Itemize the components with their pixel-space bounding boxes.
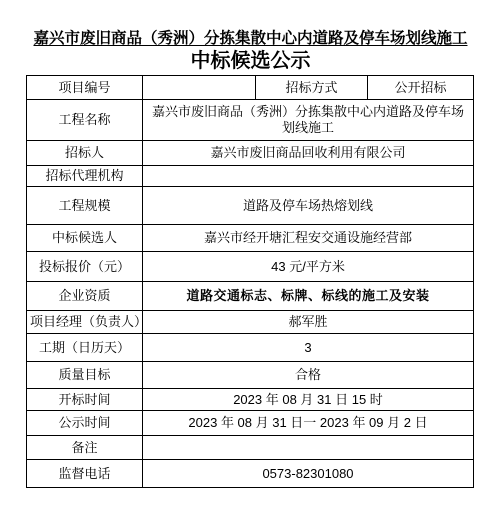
winning-candidate-label: 中标候选人: [27, 225, 143, 252]
row-remarks: 备注: [27, 436, 474, 460]
quality-target-value: 合格: [143, 362, 474, 389]
page-title-text: 嘉兴市废旧商品（秀洲）分拣集散中心内道路及停车场划线施工: [33, 30, 467, 47]
row-publicity-time: 公示时间 2023 年 08 月 31 日一 2023 年 09 月 2 日: [27, 411, 474, 436]
row-winning-candidate: 中标候选人 嘉兴市经开塘汇程安交通设施经营部: [27, 225, 474, 252]
supervision-phone-label: 监督电话: [27, 460, 143, 488]
opening-time-value: 2023 年 08 月 31 日 15 时: [143, 389, 474, 411]
project-scale-value: 道路及停车场热熔划线: [143, 187, 474, 225]
supervision-phone-value: 0573-82301080: [143, 460, 474, 488]
row-qualification: 企业资质 道路交通标志、标牌、标线的施工及安装: [27, 282, 474, 311]
duration-value: 3: [143, 334, 474, 362]
row-opening-time: 开标时间 2023 年 08 月 31 日 15 时: [27, 389, 474, 411]
row-agency: 招标代理机构: [27, 166, 474, 187]
project-name-value: 嘉兴市废旧商品（秀洲）分拣集散中心内道路及停车场划线施工: [143, 100, 474, 141]
project-manager-value: 郝军胜: [143, 311, 474, 334]
row-project-manager: 项目经理（负责人） 郝军胜: [27, 311, 474, 334]
row-duration: 工期（日历天） 3: [27, 334, 474, 362]
agency-value: [143, 166, 474, 187]
remarks-label: 备注: [27, 436, 143, 460]
bid-method-label: 招标方式: [256, 76, 368, 100]
tenderer-label: 招标人: [27, 141, 143, 166]
project-number-label: 项目编号: [27, 76, 143, 100]
publicity-time-label: 公示时间: [27, 411, 143, 436]
page-title: 嘉兴市废旧商品（秀洲）分拣集散中心内道路及停车场划线施工: [18, 30, 483, 48]
publicity-time-value: 2023 年 08 月 31 日一 2023 年 09 月 2 日: [143, 411, 474, 436]
row-supervision-phone: 监督电话 0573-82301080: [27, 460, 474, 488]
row-project-scale: 工程规模 道路及停车场热熔划线: [27, 187, 474, 225]
announcement-document: 嘉兴市废旧商品（秀洲）分拣集散中心内道路及停车场划线施工 中标候选公示 项目编号…: [0, 0, 501, 517]
qualification-label: 企业资质: [27, 282, 143, 311]
remarks-value: [143, 436, 474, 460]
row-project-name: 工程名称 嘉兴市废旧商品（秀洲）分拣集散中心内道路及停车场划线施工: [27, 100, 474, 141]
row-project-number: 项目编号 招标方式 公开招标: [27, 76, 474, 100]
bid-method-value: 公开招标: [368, 76, 474, 100]
project-scale-label: 工程规模: [27, 187, 143, 225]
row-tenderer: 招标人 嘉兴市废旧商品回收利用有限公司: [27, 141, 474, 166]
tenderer-value: 嘉兴市废旧商品回收利用有限公司: [143, 141, 474, 166]
bid-price-value: 43 元/平方米: [143, 252, 474, 282]
project-manager-label: 项目经理（负责人）: [27, 311, 143, 334]
row-quality-target: 质量目标 合格: [27, 362, 474, 389]
agency-label: 招标代理机构: [27, 166, 143, 187]
bid-price-label: 投标报价（元）: [27, 252, 143, 282]
qualification-value: 道路交通标志、标牌、标线的施工及安装: [143, 282, 474, 311]
project-number-value: [143, 76, 256, 100]
project-name-label: 工程名称: [27, 100, 143, 141]
winning-candidate-value: 嘉兴市经开塘汇程安交通设施经营部: [143, 225, 474, 252]
duration-label: 工期（日历天）: [27, 334, 143, 362]
opening-time-label: 开标时间: [27, 389, 143, 411]
quality-target-label: 质量目标: [27, 362, 143, 389]
row-bid-price: 投标报价（元） 43 元/平方米: [27, 252, 474, 282]
bid-announcement-table: 项目编号 招标方式 公开招标 工程名称 嘉兴市废旧商品（秀洲）分拣集散中心内道路…: [26, 75, 474, 488]
page-subtitle: 中标候选公示: [0, 50, 501, 72]
